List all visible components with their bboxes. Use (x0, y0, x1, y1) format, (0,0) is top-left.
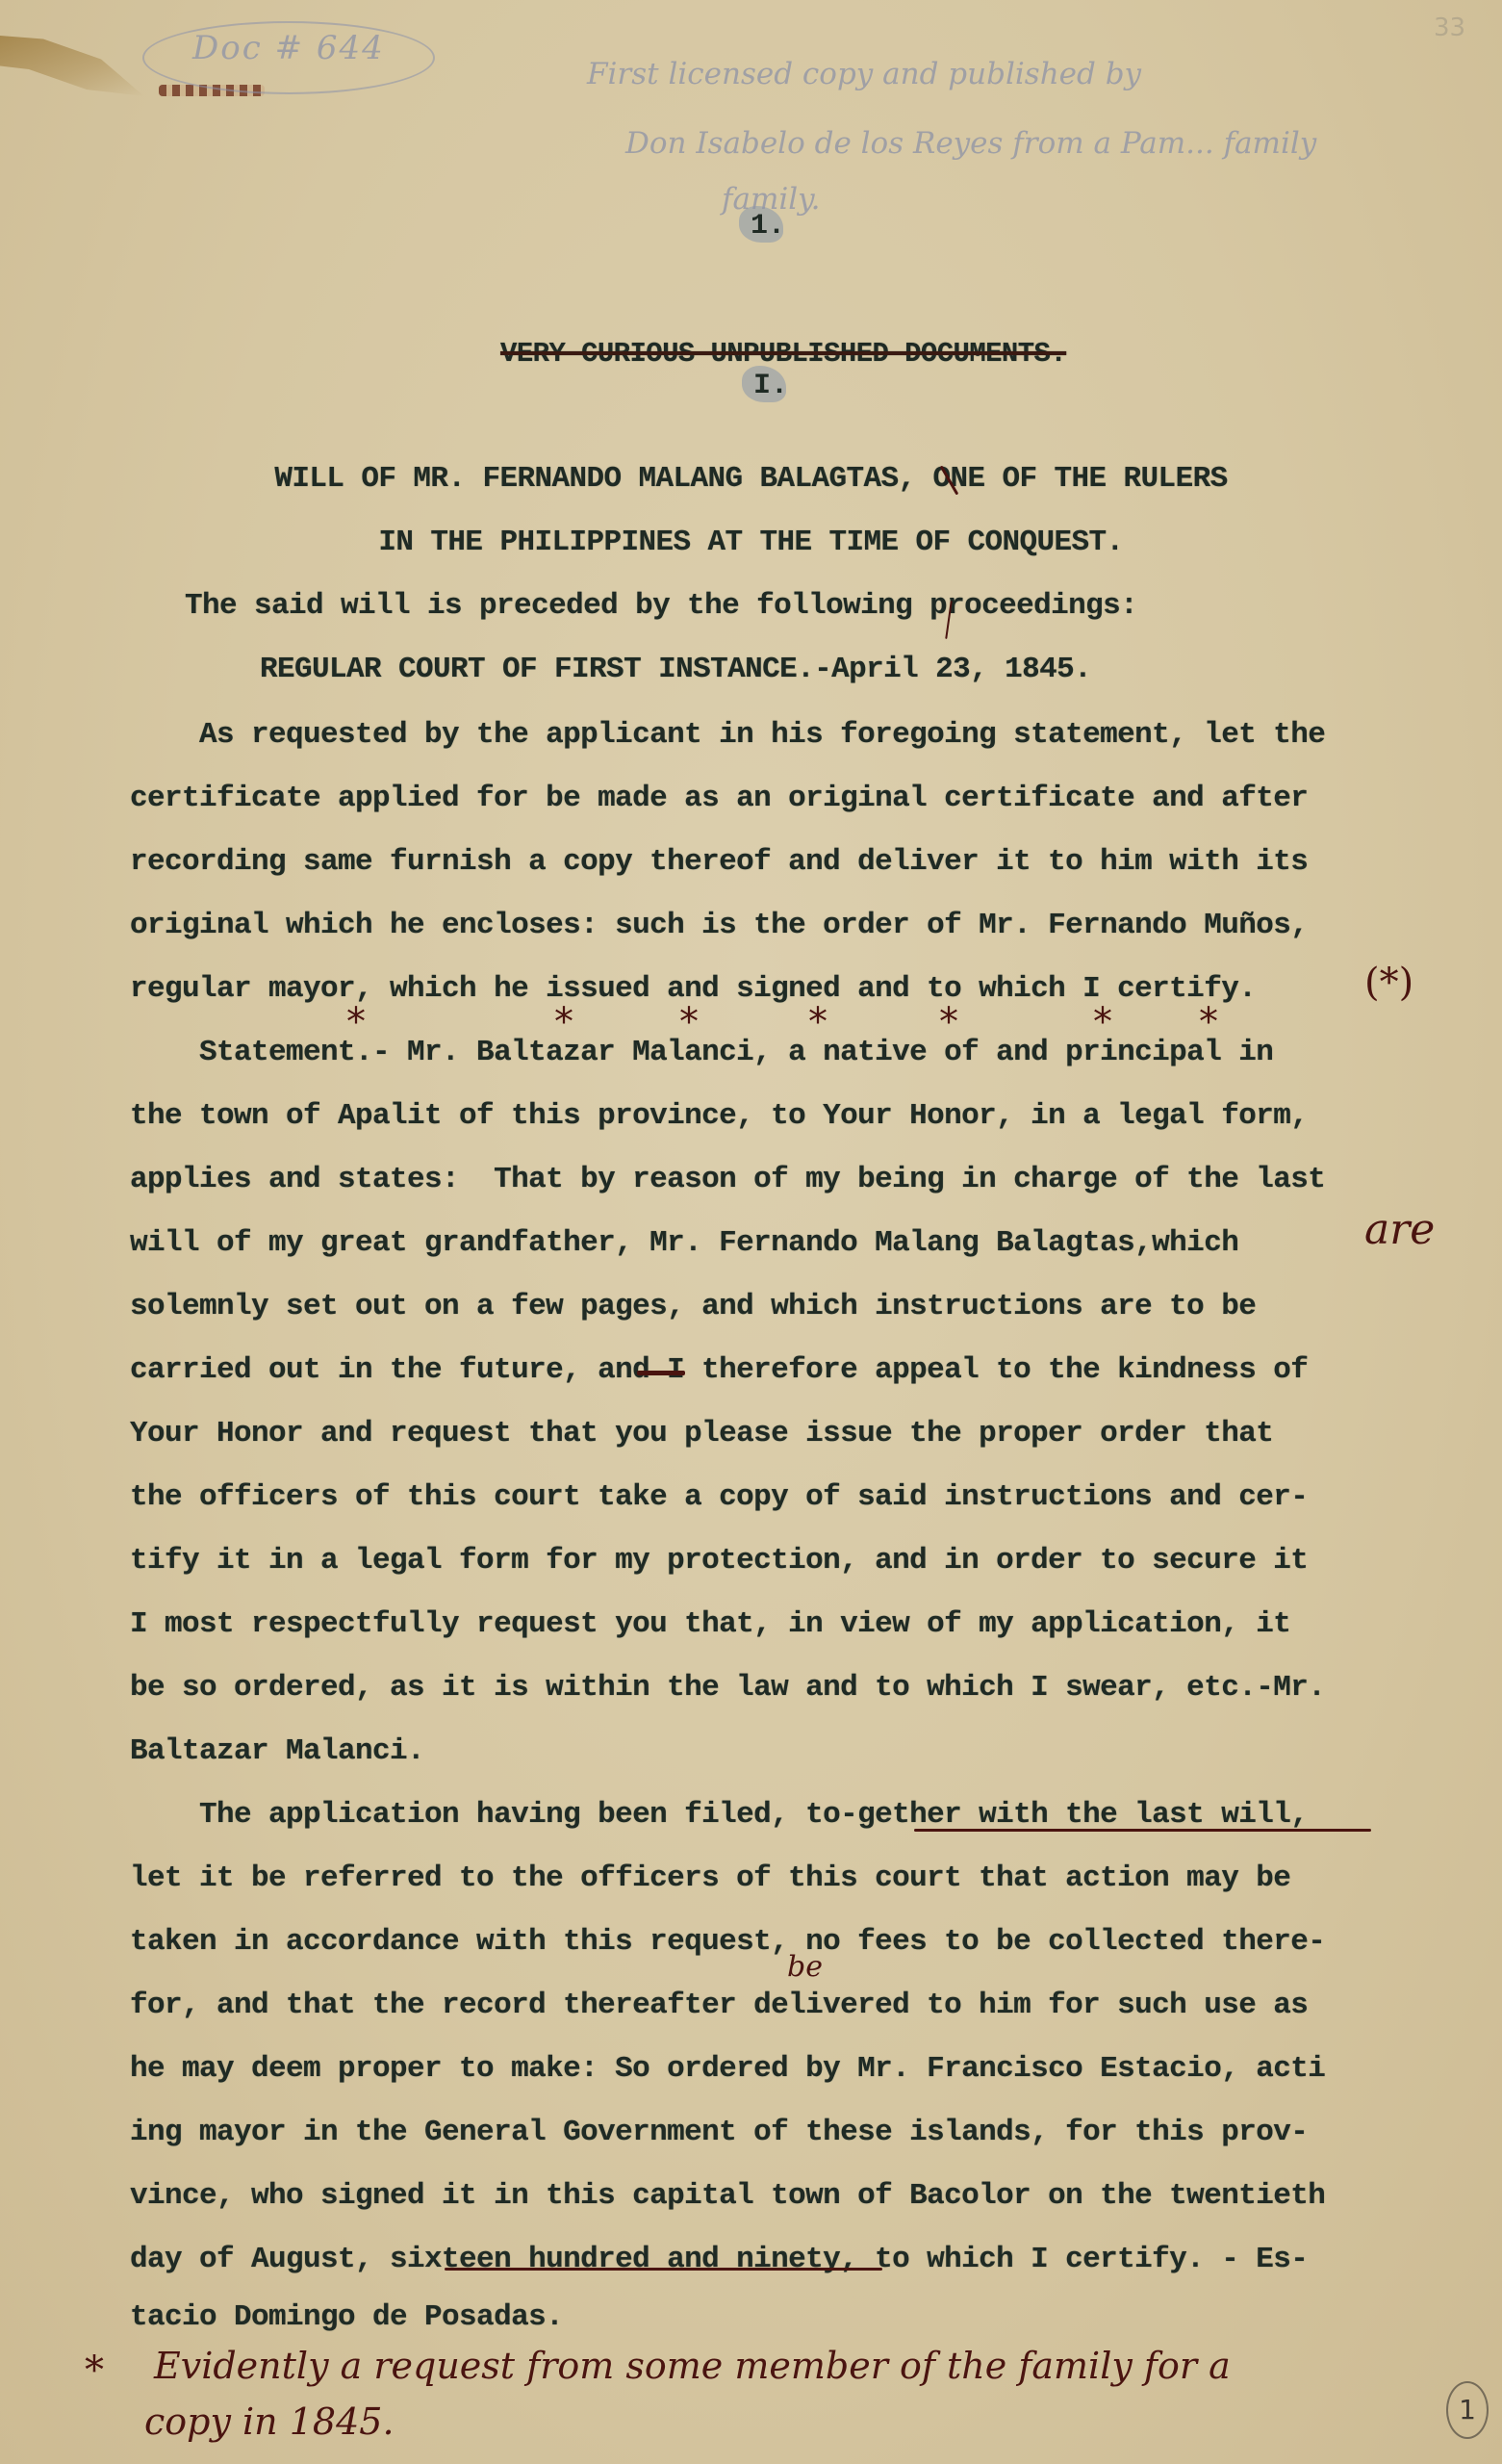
body-line: The application having been filed, to-ge… (130, 1798, 1308, 1832)
water-stain (0, 29, 144, 96)
body-line: tacio Domingo de Posadas. (130, 2300, 563, 2334)
section-number-top: 1. (751, 210, 785, 243)
footnote-asterisk: * (85, 2348, 104, 2393)
struck-title-text: VERY CURIOUS UNPUBLISHED DOCUMENTS. (500, 338, 1066, 370)
body-line: let it be referred to the officers of th… (130, 1861, 1290, 1895)
body-line: the town of Apalit of this province, to … (130, 1099, 1308, 1133)
body-line: certificate applied for be made as an or… (130, 782, 1308, 815)
ink-underline-sixteen-hundred (445, 2268, 882, 2271)
title-line-2: IN THE PHILIPPINES AT THE TIME OF CONQUE… (0, 526, 1502, 559)
body-line: vince, who signed it in this capital tow… (130, 2179, 1325, 2213)
body-line: be so ordered, as it is within the law a… (130, 1671, 1325, 1705)
body-line: Statement.- Mr. Baltazar Malanci, a nati… (130, 1036, 1273, 1069)
body-line: Your Honor and request that you please i… (130, 1417, 1273, 1450)
body-line: he may deem proper to make: So ordered b… (130, 2052, 1325, 2086)
pencil-note-line-1: First licensed copy and published by (587, 38, 1141, 110)
title-line-1: WILL OF MR. FERNANDO MALANG BALAGTAS, ON… (0, 462, 1502, 496)
body-line: ing mayor in the General Government of t… (130, 2116, 1308, 2149)
body-line: As requested by the applicant in his for… (130, 718, 1325, 752)
body-line: tify it in a legal form for my protectio… (130, 1544, 1308, 1578)
section-number-mid: I. (753, 370, 788, 402)
page-number: 33 (1434, 13, 1465, 42)
body-line: I most respectfully request you that, in… (130, 1607, 1290, 1641)
body-line: for, and that the record thereafter deli… (130, 1989, 1308, 2022)
body-line: solemnly set out on a few pages, and whi… (130, 1290, 1256, 1323)
court-line: REGULAR COURT OF FIRST INSTANCE.-April 2… (260, 653, 1091, 686)
ink-strike-and (637, 1371, 685, 1375)
body-line: recording same furnish a copy thereof an… (130, 845, 1308, 879)
body-line: day of August, sixteen hundred and ninet… (130, 2243, 1308, 2276)
ink-insert-are: are (1364, 1205, 1435, 1254)
document-page: Doc # 644 33 First licensed copy and pub… (0, 0, 1502, 2464)
body-line: carried out in the future, and I therefo… (130, 1353, 1308, 1387)
body-line: the officers of this court take a copy o… (130, 1480, 1308, 1514)
body-line: will of my great grandfather, Mr. Fernan… (130, 1226, 1238, 1260)
footnote-reference-mark: (*) (1364, 961, 1413, 1005)
body-line: taken in accordance with this request, n… (130, 1925, 1325, 1959)
footnote-line-2: copy in 1845. (144, 2400, 395, 2443)
struck-title: VERY CURIOUS UNPUBLISHED DOCUMENTS. (0, 306, 1502, 401)
ink-underline-last-will (914, 1829, 1371, 1832)
intro-line: The said will is preceded by the followi… (185, 589, 1137, 623)
body-line: original which he encloses: such is the … (130, 909, 1308, 942)
ink-insert-be: be (787, 1950, 823, 1984)
doc-number-label: Doc # 644 (192, 29, 385, 67)
body-line: applies and states: That by reason of my… (130, 1163, 1325, 1196)
body-line: Baltazar Malanci. (130, 1734, 424, 1768)
circled-page-mark: 1 (1446, 2381, 1489, 2439)
footnote-line-1: Evidently a request from some member of … (154, 2345, 1231, 2387)
